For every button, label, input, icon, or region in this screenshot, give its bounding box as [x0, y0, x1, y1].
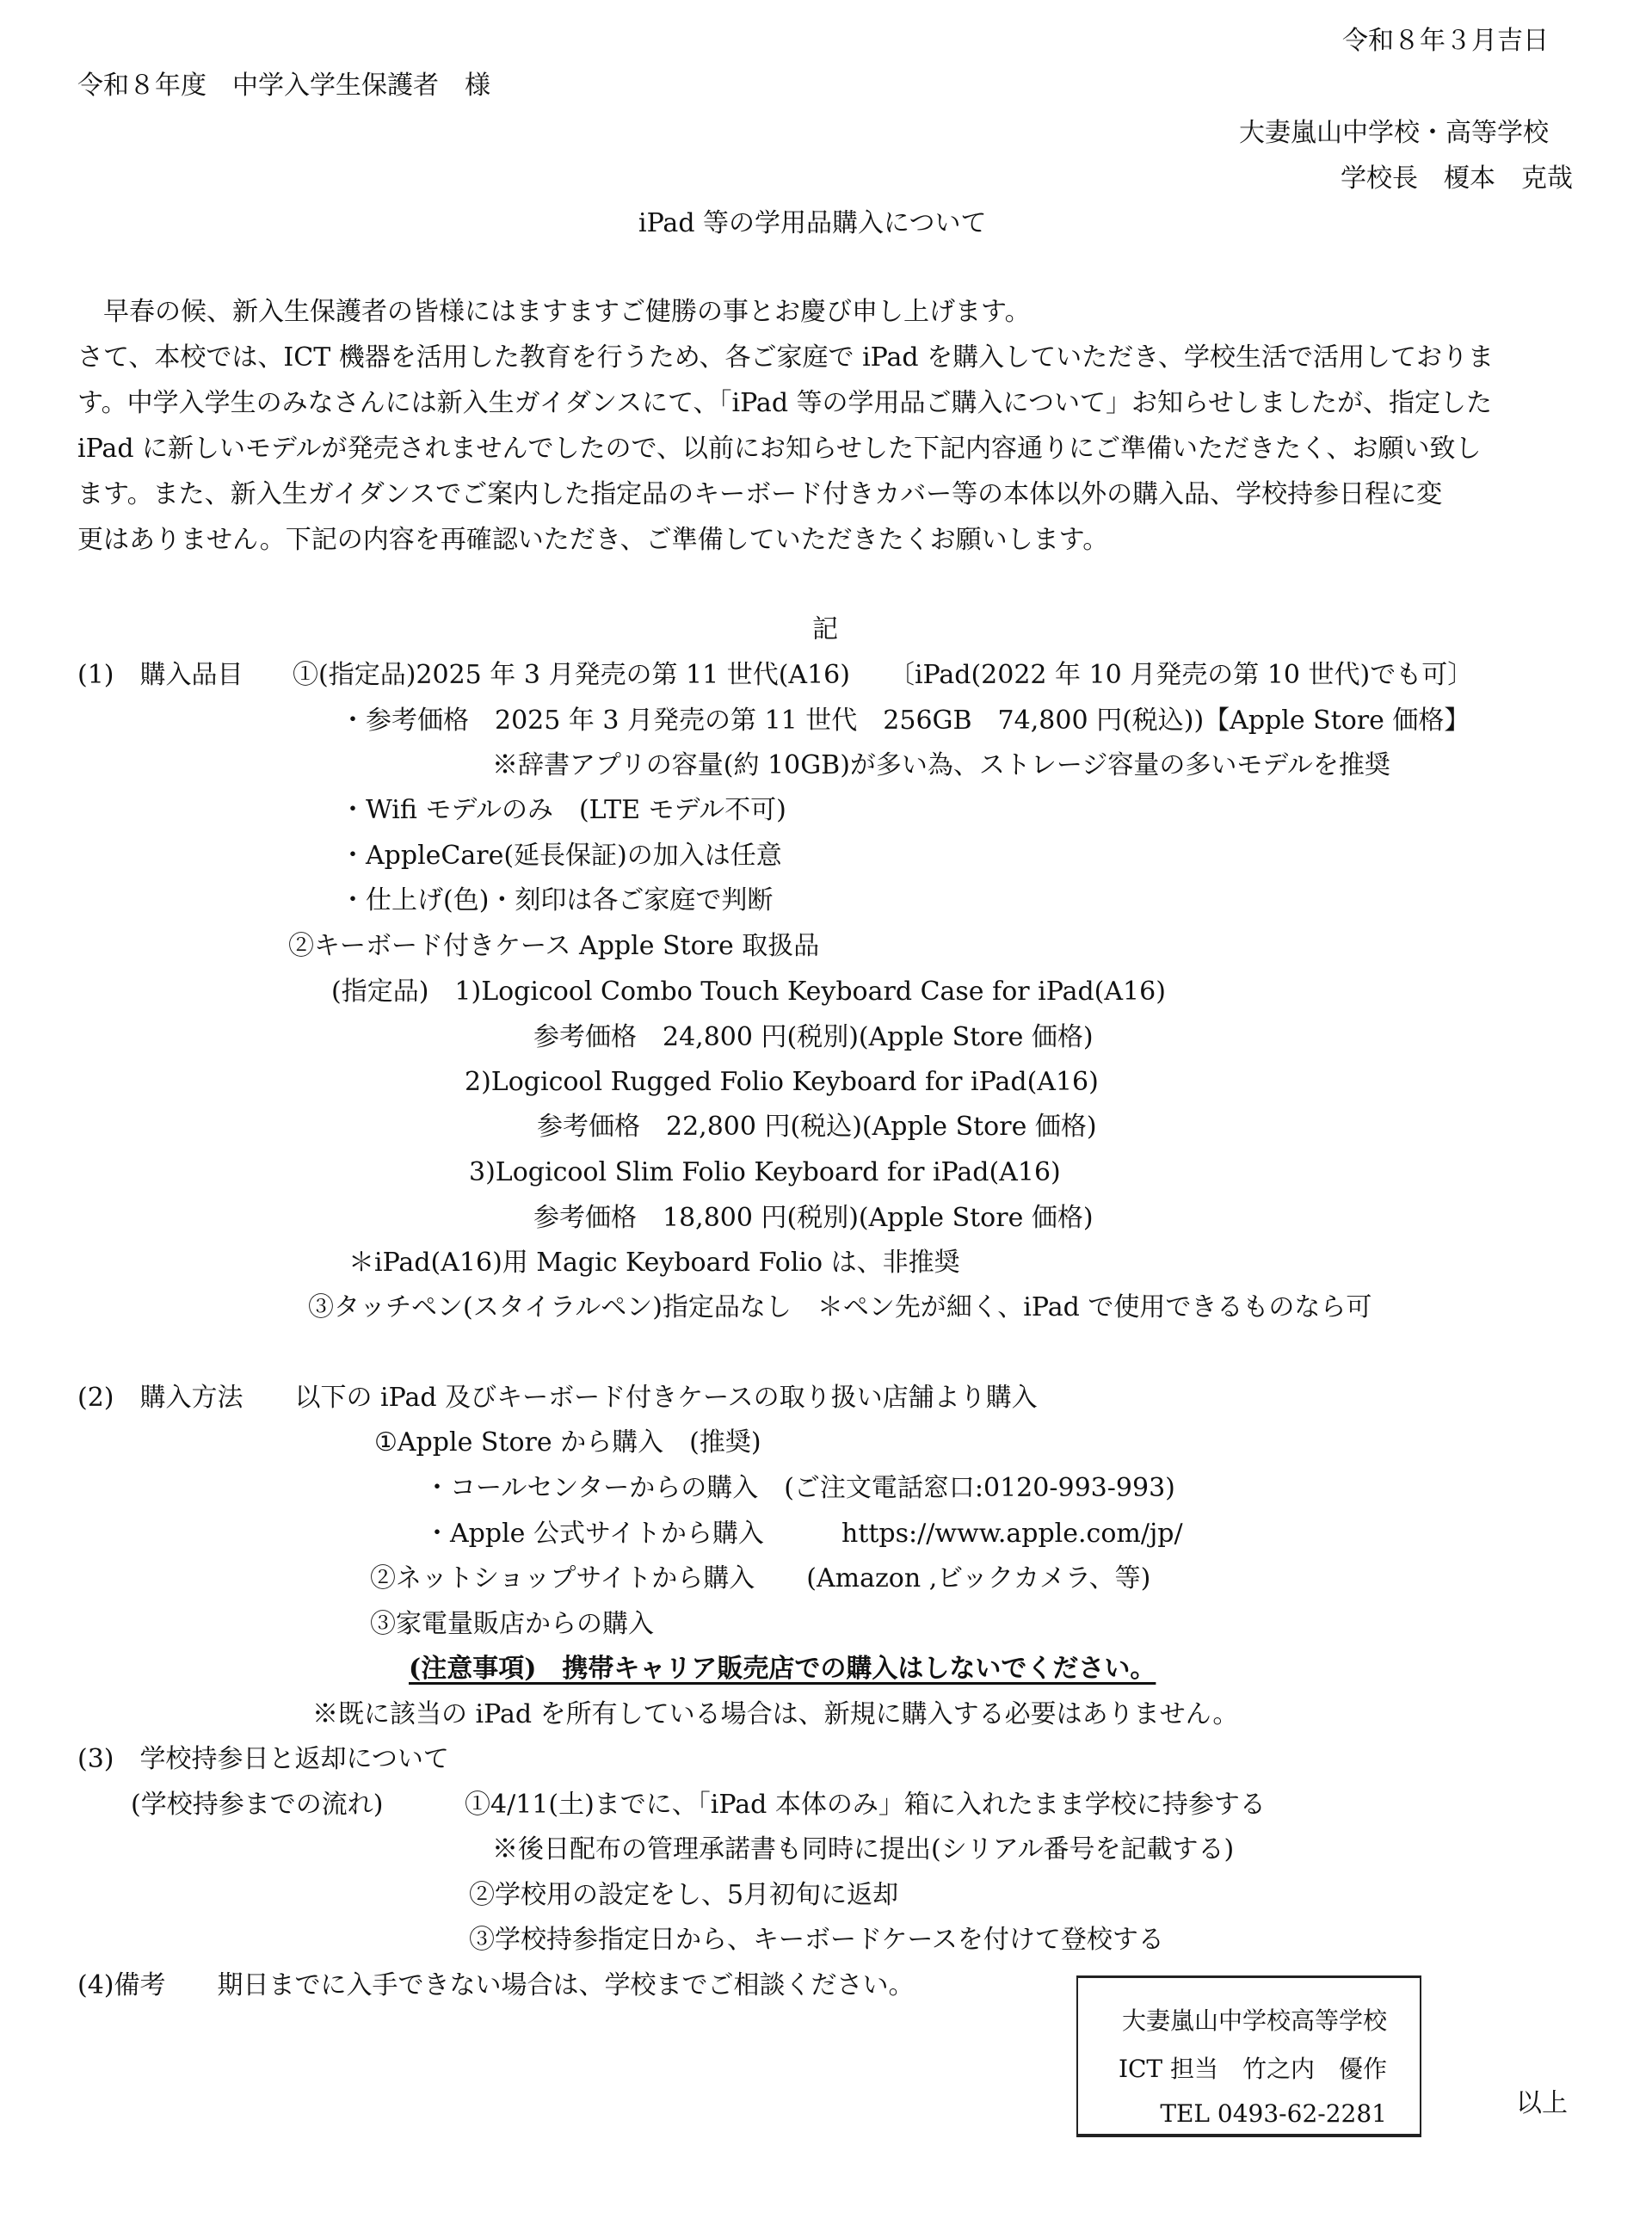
keyboard-option: (指定品) 1)Logicool Combo Touch Keyboard Ca… [331, 975, 1166, 1009]
keyboard-option: 3)Logicool Slim Folio Keyboard for iPad(… [469, 1156, 1061, 1190]
intro-line: iPad に新しいモデルが発売されませんでしたので、以前にお知らせした下記内容通… [77, 432, 1481, 466]
keyboard-case-item: ②キーボード付きケース Apple Store 取扱品 [288, 929, 819, 964]
contact-box: 大妻嵐山中学校高等学校 ICT 担当 竹之内 優作 TEL 0493-62-22… [1076, 1975, 1421, 2137]
intro-line: さて、本校では、ICT 機器を活用した教育を行うため、各ご家庭で iPad を購… [77, 341, 1494, 375]
owned-ipad-note: ※既に該当の iPad を所有している場合は、新規に購入する必要はありません。 [312, 1698, 1238, 1732]
finish-note: ・仕上げ(色)・刻印は各ご家庭で判断 [340, 884, 773, 918]
stylus-item: ③タッチペン(スタイラルペン)指定品なし ＊ペン先が細く、iPad で使用できる… [308, 1291, 1372, 1325]
contact-tel: TEL 0493-62-2281 [1160, 2099, 1387, 2129]
ki-heading: 記 [812, 613, 838, 647]
addressee: 令和８年度 中学入学生保護者 様 [77, 69, 490, 103]
flow-step-3: ③学校持参指定日から、キーボードケースを付けて登校する [469, 1923, 1164, 1957]
section2-heading: (2) 購入方法 以下の iPad 及びキーボード付きケースの取り扱い店舗より購… [77, 1381, 1038, 1415]
keyboard-price: 参考価格 22,800 円(税込)(Apple Store 価格) [537, 1110, 1097, 1144]
intro-line: ます。また、新入生ガイダンスでご案内した指定品のキーボード付きカバー等の本体以外… [77, 478, 1442, 512]
electronics-store-option: ③家電量販店からの購入 [370, 1607, 654, 1642]
ipad-reference-price: ・参考価格 2025 年 3 月発売の第 11 世代 256GB 74,800 … [340, 704, 1470, 738]
issue-date: 令和８年３月吉日 [1342, 24, 1549, 59]
net-shop-option: ②ネットショップサイトから購入 (Amazon ,ビックカメラ、等) [370, 1562, 1150, 1596]
flow-step-1: ①4/11(土)までに、「iPad 本体のみ」箱に入れたまま学校に持参する [465, 1788, 1266, 1822]
intro-line: 早春の候、新入生保護者の皆様にはますますご健勝の事とお慶び申し上げます。 [77, 295, 1031, 330]
apple-web-option: ・Apple 公式サイトから購入 [424, 1517, 764, 1551]
caution-note: (注意事項) 携帯キャリア販売店での購入はしないでください。 [409, 1652, 1156, 1686]
sender-principal: 学校長 榎本 克哉 [1341, 162, 1573, 196]
wifi-note: ・Wifi モデルのみ (LTE モデル不可) [340, 793, 786, 828]
flow-step-1-note: ※後日配布の管理承諾書も同時に提出(シリアル番号を記載する) [492, 1833, 1234, 1867]
flow-step-2: ②学校用の設定をし、5月初旬に返却 [469, 1878, 898, 1913]
intro-line: す。中学入学生のみなさんには新入生ガイダンスにて、「iPad 等の学用品ご購入に… [77, 386, 1492, 421]
keyboard-price: 参考価格 18,800 円(税別)(Apple Store 価格) [533, 1201, 1094, 1236]
contact-person: ICT 担当 竹之内 優作 [1119, 2054, 1387, 2085]
section1-heading: (1) 購入品目 [77, 658, 243, 693]
ipad-designated-item: ①(指定品)2025 年 3 月発売の第 11 世代(A16) 〔iPad(20… [293, 658, 1473, 693]
apple-store-option: ①Apple Store から購入 (推奨) [374, 1426, 761, 1460]
apple-url-link[interactable]: https://www.apple.com/jp/ [841, 1517, 1183, 1551]
intro-line: 更はありません。下記の内容を再確認いただき、ご準備していただきたくお願いします。 [77, 523, 1108, 558]
keyboard-price: 参考価格 24,800 円(税別)(Apple Store 価格) [533, 1020, 1094, 1055]
section3-heading: (3) 学校持参日と返却について [77, 1742, 449, 1777]
call-center-option: ・コールセンターからの購入 (ご注文電話窓口:0120-993-993) [424, 1471, 1175, 1506]
closing: 以上 [1516, 2086, 1568, 2121]
document-title: iPad 等の学用品購入について [638, 206, 986, 241]
sender-school: 大妻嵐山中学校・高等学校 [1239, 116, 1549, 151]
contact-school: 大妻嵐山中学校高等学校 [1122, 2006, 1387, 2037]
flow-label: (学校持参までの流れ) [131, 1788, 383, 1822]
section4-remarks: (4)備考 期日までに入手できない場合は、学校までご相談ください。 [77, 1969, 915, 2003]
keyboard-option: 2)Logicool Rugged Folio Keyboard for iPa… [465, 1065, 1099, 1100]
applecare-note: ・AppleCare(延長保証)の加入は任意 [340, 839, 782, 873]
storage-note: ※辞書アプリの容量(約 10GB)が多い為、ストレージ容量の多いモデルを推奨 [492, 749, 1390, 783]
magic-keyboard-note: ＊iPad(A16)用 Magic Keyboard Folio は、非推奨 [348, 1246, 960, 1280]
